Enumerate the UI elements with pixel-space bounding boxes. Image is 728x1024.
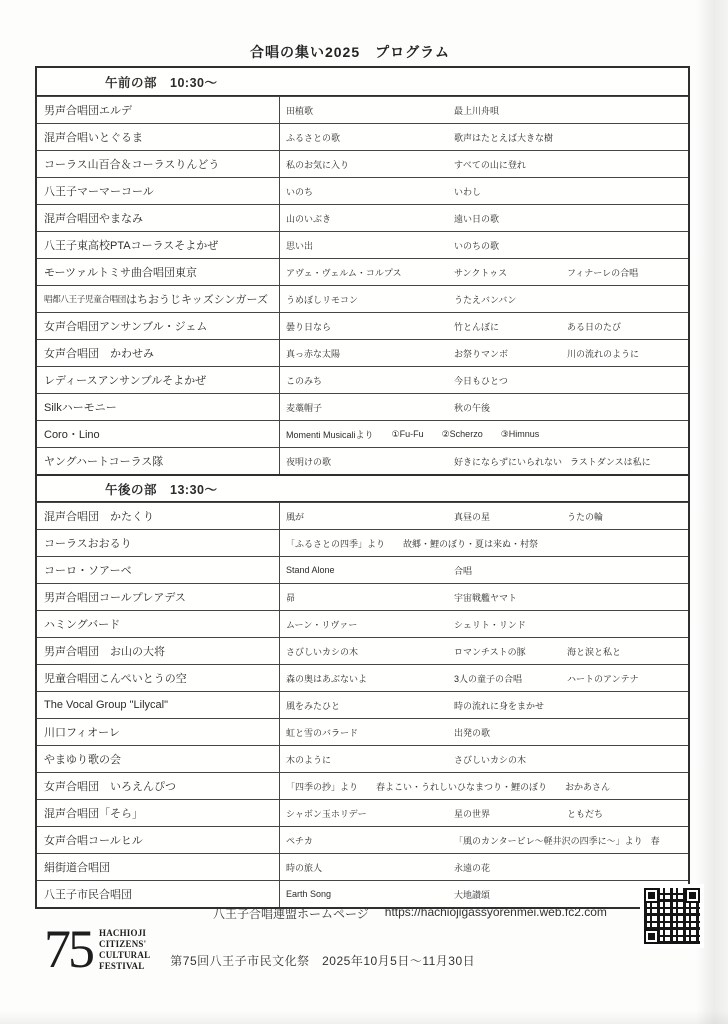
song-title: 歌声はたとえば大きな樹 (454, 131, 559, 144)
group-name: 混声合唱団 かたくり (37, 503, 280, 529)
group-name: Silkハーモニー (37, 394, 280, 420)
song-title: Momenti Musicaliより (286, 428, 374, 441)
song-title: 風が (286, 510, 446, 523)
logo-text: Hachioji Citizens' Cultural Festival (99, 928, 150, 972)
group-name: 混声合唱団やまなみ (37, 205, 280, 231)
song-title: ②Scherzo (442, 429, 483, 440)
song-title: ①Fu-Fu (392, 429, 424, 440)
songs: このみち今日もひとつ (280, 367, 688, 393)
song-title: 時の旅人 (286, 861, 446, 874)
program-row: レディースアンサンブルそよかぜこのみち今日もひとつ (37, 366, 688, 393)
songs: 麦藁帽子秋の午後 (280, 394, 688, 420)
song-title: Stand Alone (286, 565, 446, 575)
song-title: 田植歌 (286, 104, 446, 117)
group-name: 川口フィオーレ (37, 719, 280, 745)
group-name: 女声合唱団アンサンブル・ジェム (37, 313, 280, 339)
song-title: 私のお気に入り (286, 158, 446, 171)
program-row: 唱都八王子児童合唱団はちおうじキッズシンガーズうめぼしリモコンうたえバンバン (37, 285, 688, 312)
group-name: 児童合唱団こんぺいとうの空 (37, 665, 280, 691)
song-title: 風をみたひと (286, 699, 446, 712)
song-title: 「ふるさとの四季」より (286, 537, 385, 550)
logo-text-line: Citizens' (99, 939, 150, 950)
program-row: 男声合唱団コールプレアデス昴宇宙戦艦ヤマト (37, 583, 688, 610)
group-name: コーラス山百合＆コーラスりんどう (37, 151, 280, 177)
songs: Earth Song大地讃頌 (280, 881, 688, 907)
songs: さびしいカシの木ロマンチストの豚海と涙と私と (280, 638, 688, 664)
songs: 森の奥はあぶないよ3人の童子の合唱ハートのアンテナ (280, 665, 688, 691)
song-title: サンクトゥス (454, 266, 559, 279)
songs: 「ふるさとの四季」より故郷・鯉のぼり・夏は来ぬ・村祭 (280, 530, 688, 556)
logo-text-line: Festival (99, 961, 150, 972)
group-name-prefix: 唱都八王子児童合唱団 (44, 293, 126, 305)
group-name: 混声合唱いとぐるま (37, 124, 280, 150)
song-title: 遠い日の歌 (454, 212, 559, 225)
song-title: 秋の午後 (454, 401, 559, 414)
song-title: 竹とんぼに (454, 320, 559, 333)
group-name: ヤングハートコーラス隊 (37, 448, 280, 474)
song-title: うたえバンバン (454, 293, 559, 306)
songs: シャボン玉ホリデー星の世界ともだち (280, 800, 688, 826)
songs: 夜明けの歌好きにならずにいられないラストダンスは私に (280, 448, 688, 474)
song-title: 麦藁帽子 (286, 401, 446, 414)
program-row: 混声合唱団 かたくり風が真昼の星うたの輪 (37, 502, 688, 529)
songs: ふるさとの歌歌声はたとえば大きな樹 (280, 124, 688, 150)
program-row: 混声合唱団「そら」シャボン玉ホリデー星の世界ともだち (37, 799, 688, 826)
song-title: 思い出 (286, 239, 446, 252)
songs: 真っ赤な太陽お祭りマンボ川の流れのように (280, 340, 688, 366)
song-title: ハートのアンテナ (567, 672, 639, 685)
songs: Momenti Musicaliより①Fu-Fu②Scherzo③Himnus (280, 421, 688, 447)
song-title: フィナーレの合唱 (567, 266, 638, 279)
program-row: ハミングバードムーン・リヴァーシェリト・リンド (37, 610, 688, 637)
song-title: さびしいカシの木 (454, 753, 559, 766)
songs: 木のようにさびしいカシの木 (280, 746, 688, 772)
program-row: Silkハーモニー麦藁帽子秋の午後 (37, 393, 688, 420)
song-title: このみち (286, 374, 446, 387)
song-title: 3人の童子の合唱 (454, 672, 559, 685)
songs: 山のいぶき遠い日の歌 (280, 205, 688, 231)
group-name: モーツァルトミサ曲合唱団東京 (37, 259, 280, 285)
program-row: コーラスおおるり「ふるさとの四季」より故郷・鯉のぼり・夏は来ぬ・村祭 (37, 529, 688, 556)
songs: 私のお気に入りすべての山に登れ (280, 151, 688, 177)
program-row: 八王子市民合唱団Earth Song大地讃頌 (37, 880, 688, 907)
song-title: いわし (454, 185, 559, 198)
song-title: 永遠の花 (454, 861, 559, 874)
program-row: 女声合唱団 かわせみ真っ赤な太陽お祭りマンボ川の流れのように (37, 339, 688, 366)
song-title: 海と涙と私と (567, 645, 621, 658)
program-row: 八王子東高校PTAコーラスそよかぜ思い出いのちの歌 (37, 231, 688, 258)
program-row: 児童合唱団こんぺいとうの空森の奥はあぶないよ3人の童子の合唱ハートのアンテナ (37, 664, 688, 691)
program-table: 午前の部 10:30～男声合唱団エルデ田植歌最上川舟唄混声合唱いとぐるまふるさと… (35, 66, 690, 909)
group-name: 女声合唱団 いろえんぴつ (37, 773, 280, 799)
logo-text-line: Hachioji (99, 928, 150, 939)
song-title: 出発の歌 (454, 726, 559, 739)
page-title: 合唱の集い2025 プログラム (0, 42, 700, 62)
song-title: Earth Song (286, 889, 446, 899)
group-name: 唱都八王子児童合唱団はちおうじキッズシンガーズ (37, 286, 280, 312)
song-title: 春 (651, 834, 660, 847)
songs: Stand Alone合唱 (280, 557, 688, 583)
homepage-line: 八王子合唱連盟ホームページ https://hachiojigassyorenm… (213, 905, 607, 922)
program-row: 女声合唱団 いろえんぴつ「四季の抄」より春よこい・うれしいひなまつり・鯉のぼりお… (37, 772, 688, 799)
song-title: 森の奥はあぶないよ (286, 672, 446, 685)
qr-finder-icon (685, 888, 700, 903)
group-name: 女声合唱コールヒル (37, 827, 280, 853)
song-title: シェリト・リンド (454, 618, 559, 631)
song-title: ムーン・リヴァー (286, 618, 446, 631)
group-name: 八王子マーマーコール (37, 178, 280, 204)
group-name: 男声合唱団 お山の大将 (37, 638, 280, 664)
homepage-url: https://hachiojigassyorenmei.web.fc2.com (385, 905, 607, 922)
logo-number: 75 (44, 926, 92, 972)
songs: ムーン・リヴァーシェリト・リンド (280, 611, 688, 637)
song-title: 「風のカンタービレ～軽井沢の四季に～」より (454, 834, 643, 847)
group-name: 女声合唱団 かわせみ (37, 340, 280, 366)
songs: 時の旅人永遠の花 (280, 854, 688, 880)
program-row: The Vocal Group "Lilycal"風をみたひと時の流れに身をまか… (37, 691, 688, 718)
song-title: 昴 (286, 591, 446, 604)
songs: 曇り日なら竹とんぼにある日のたび (280, 313, 688, 339)
song-title: 大地讃頌 (454, 888, 559, 901)
qr-pattern (644, 888, 700, 944)
program-row: 混声合唱いとぐるまふるさとの歌歌声はたとえば大きな樹 (37, 123, 688, 150)
group-name: 男声合唱団コールプレアデス (37, 584, 280, 610)
festival-logo: 75 Hachioji Citizens' Cultural Festival … (44, 926, 475, 972)
song-title: 故郷・鯉のぼり・夏は来ぬ・村祭 (403, 537, 538, 550)
song-title: おかあさん (565, 780, 610, 793)
songs: 昴宇宙戦艦ヤマト (280, 584, 688, 610)
songs: 思い出いのちの歌 (280, 232, 688, 258)
songs: いのちいわし (280, 178, 688, 204)
song-title: 星の世界 (454, 807, 559, 820)
songs: 虹と雪のバラード出発の歌 (280, 719, 688, 745)
song-title: ある日のたび (567, 320, 621, 333)
group-name: 混声合唱団「そら」 (37, 800, 280, 826)
song-title: 真っ赤な太陽 (286, 347, 446, 360)
song-title: 春よこい・うれしいひなまつり・鯉のぼり (376, 780, 547, 793)
song-title: 真昼の星 (454, 510, 559, 523)
song-title: ロマンチストの豚 (454, 645, 559, 658)
song-title: 宇宙戦艦ヤマト (454, 591, 559, 604)
songs: 「四季の抄」より春よこい・うれしいひなまつり・鯉のぼりおかあさん (280, 773, 688, 799)
song-title: うめぼしリモコン (286, 293, 446, 306)
program-row: コーロ・ソアーベStand Alone合唱 (37, 556, 688, 583)
program-row: 女声合唱コールヒルペチカ「風のカンタービレ～軽井沢の四季に～」より春 (37, 826, 688, 853)
program-row: 男声合唱団 お山の大将さびしいカシの木ロマンチストの豚海と涙と私と (37, 637, 688, 664)
song-title: 時の流れに身をまかせ (454, 699, 559, 712)
program-row: 男声合唱団エルデ田植歌最上川舟唄 (37, 96, 688, 123)
page-edge-shadow (0, 1010, 728, 1024)
song-title: アヴェ・ヴェルム・コルプス (286, 266, 446, 279)
song-title: いのち (286, 185, 446, 198)
program-row: Coro・LinoMomenti Musicaliより①Fu-Fu②Scherz… (37, 420, 688, 447)
group-name: 八王子東高校PTAコーラスそよかぜ (37, 232, 280, 258)
group-name: レディースアンサンブルそよかぜ (37, 367, 280, 393)
program-row: 川口フィオーレ虹と雪のバラード出発の歌 (37, 718, 688, 745)
song-title: いのちの歌 (454, 239, 559, 252)
group-name: 男声合唱団エルデ (37, 97, 280, 123)
program-row: やまゆり歌の会木のようにさびしいカシの木 (37, 745, 688, 772)
homepage-label: 八王子合唱連盟ホームページ (213, 905, 369, 922)
song-title: 「四季の抄」より (286, 780, 358, 793)
song-title: すべての山に登れ (454, 158, 559, 171)
song-title: 川の流れのように (567, 347, 639, 360)
song-title: 虹と雪のバラード (286, 726, 446, 739)
songs: うめぼしリモコンうたえバンバン (280, 286, 688, 312)
song-title: 曇り日なら (286, 320, 446, 333)
program-row: ヤングハートコーラス隊夜明けの歌好きにならずにいられないラストダンスは私に (37, 447, 688, 474)
song-title: シャボン玉ホリデー (286, 807, 446, 820)
group-name: コーラスおおるり (37, 530, 280, 556)
group-name: やまゆり歌の会 (37, 746, 280, 772)
festival-line: 第75回八王子市民文化祭 2025年10月5日～11月30日 (170, 952, 475, 972)
song-title: ③Himnus (501, 429, 540, 440)
song-title: 最上川舟唄 (454, 104, 559, 117)
song-title: 合唱 (454, 564, 559, 577)
section-header: 午後の部 13:30～ (37, 474, 688, 502)
group-name: 八王子市民合唱団 (37, 881, 280, 907)
group-name: 絹街道合唱団 (37, 854, 280, 880)
song-title: 夜明けの歌 (286, 455, 446, 468)
songs: 田植歌最上川舟唄 (280, 97, 688, 123)
song-title: ペチカ (286, 834, 446, 847)
song-title: ふるさとの歌 (286, 131, 446, 144)
program-row: モーツァルトミサ曲合唱団東京アヴェ・ヴェルム・コルプスサンクトゥスフィナーレの合… (37, 258, 688, 285)
song-title: 好きにならずにいられない (454, 455, 562, 468)
songs: アヴェ・ヴェルム・コルプスサンクトゥスフィナーレの合唱 (280, 259, 688, 285)
song-title: ともだち (567, 807, 603, 820)
songs: 風が真昼の星うたの輪 (280, 503, 688, 529)
song-title: 今日もひとつ (454, 374, 559, 387)
qr-finder-icon (644, 888, 659, 903)
songs: 風をみたひと時の流れに身をまかせ (280, 692, 688, 718)
qr-finder-icon (644, 929, 659, 944)
group-name: ハミングバード (37, 611, 280, 637)
songs: ペチカ「風のカンタービレ～軽井沢の四季に～」より春 (280, 827, 688, 853)
program-row: 女声合唱団アンサンブル・ジェム曇り日なら竹とんぼにある日のたび (37, 312, 688, 339)
song-title: ラストダンスは私に (570, 455, 651, 468)
program-row: 混声合唱団やまなみ山のいぶき遠い日の歌 (37, 204, 688, 231)
group-name: コーロ・ソアーベ (37, 557, 280, 583)
song-title: うたの輪 (567, 510, 603, 523)
song-title: お祭りマンボ (454, 347, 559, 360)
program-row: 絹街道合唱団時の旅人永遠の花 (37, 853, 688, 880)
group-name: The Vocal Group "Lilycal" (37, 692, 280, 718)
song-title: さびしいカシの木 (286, 645, 446, 658)
group-name: Coro・Lino (37, 421, 280, 447)
program-row: コーラス山百合＆コーラスりんどう私のお気に入りすべての山に登れ (37, 150, 688, 177)
program-row: 八王子マーマーコールいのちいわし (37, 177, 688, 204)
qr-code (640, 884, 704, 948)
song-title: 木のように (286, 753, 446, 766)
logo-text-line: Cultural (99, 950, 150, 961)
section-header: 午前の部 10:30～ (37, 68, 688, 96)
song-title: 山のいぶき (286, 212, 446, 225)
